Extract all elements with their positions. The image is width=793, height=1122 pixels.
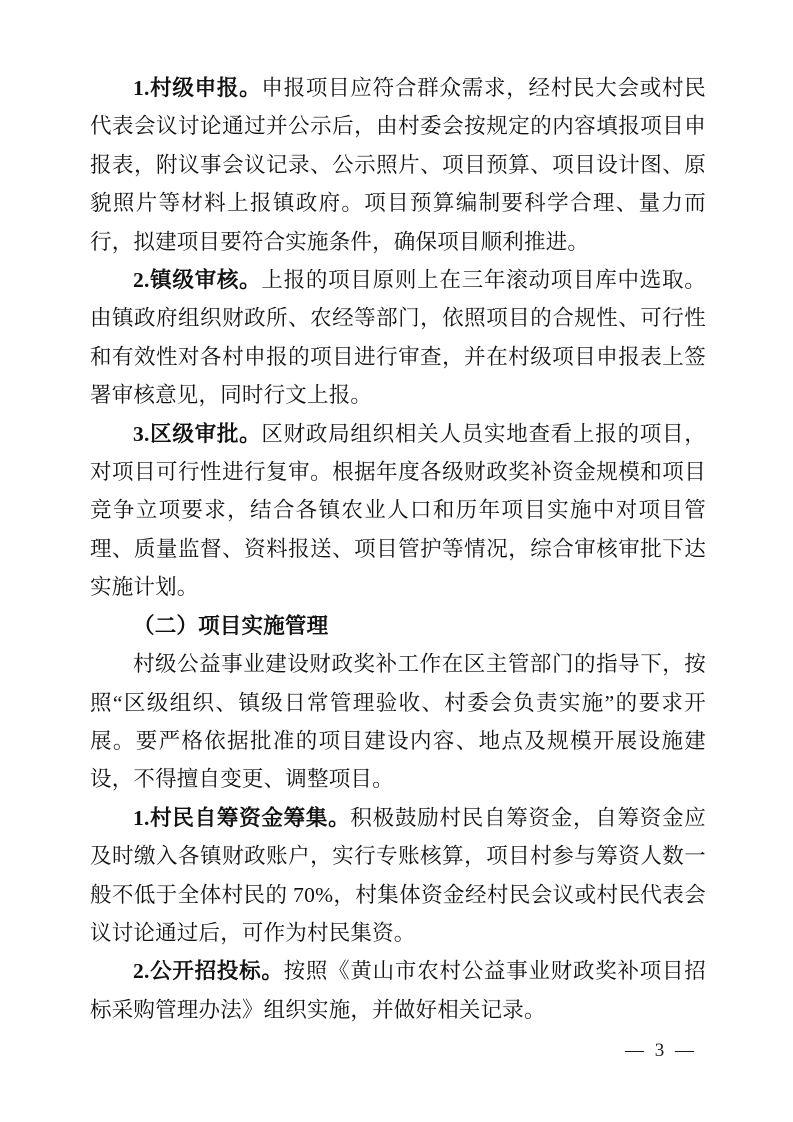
document-body: 1.村级申报。申报项目应符合群众需求，经村民大会或村民代表会议讨论通过并公示后，…	[90, 69, 706, 1029]
section-heading-project-implementation: （二）项目实施管理	[90, 607, 706, 645]
paragraph-lead: 1.村级申报。	[133, 76, 261, 100]
paragraph-lead: 2.镇级审核。	[133, 268, 261, 292]
paragraph-text: 村级公益事业建设财政奖补工作在区主管部门的指导下，按照“区级组织、镇级日常管理验…	[90, 652, 706, 791]
paragraph-self-raised-funds: 1.村民自筹资金筹集。积极鼓励村民自筹资金，自筹资金应及时缴入各镇财政账户，实行…	[90, 799, 706, 953]
paragraph-text: 区财政局组织相关人员实地查看上报的项目，对项目可行性进行复审。根据年度各级财政奖…	[90, 422, 706, 600]
section-heading-text: （二）项目实施管理	[133, 614, 328, 638]
paragraph-lead: 2.公开招投标。	[133, 959, 284, 983]
paragraph-text: 申报项目应符合群众需求，经村民大会或村民代表会议讨论通过并公示后，由村委会按规定…	[90, 76, 706, 254]
paragraph-town-review: 2.镇级审核。上报的项目原则上在三年滚动项目库中选取。由镇政府组织财政所、农经等…	[90, 261, 706, 415]
paragraph-implementation-overview: 村级公益事业建设财政奖补工作在区主管部门的指导下，按照“区级组织、镇级日常管理验…	[90, 645, 706, 799]
paragraph-district-approval: 3.区级审批。区财政局组织相关人员实地查看上报的项目，对项目可行性进行复审。根据…	[90, 415, 706, 607]
paragraph-lead: 1.村民自筹资金筹集。	[133, 806, 350, 830]
paragraph-village-application: 1.村级申报。申报项目应符合群众需求，经村民大会或村民代表会议讨论通过并公示后，…	[90, 69, 706, 261]
paragraph-public-bidding: 2.公开招投标。按照《黄山市农村公益事业财政奖补项目招标采购管理办法》组织实施，…	[90, 952, 706, 1029]
document-page: 1.村级申报。申报项目应符合群众需求，经村民大会或村民代表会议讨论通过并公示后，…	[0, 0, 793, 1122]
page-number: — 3 —	[625, 1040, 697, 1062]
paragraph-lead: 3.区级审批。	[133, 422, 261, 446]
